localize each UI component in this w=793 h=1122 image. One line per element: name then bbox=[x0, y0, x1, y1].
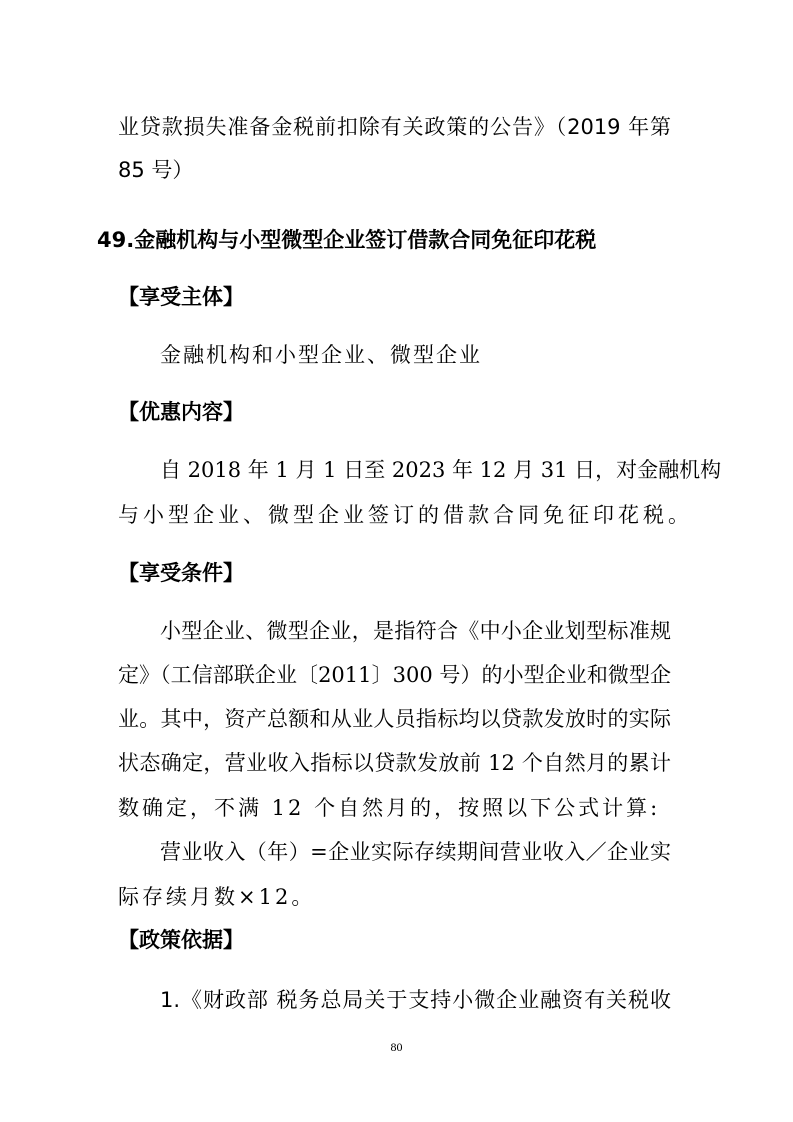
conditions-line-5: 数确定，不满 12 个自然月的，按照以下公式计算: bbox=[118, 793, 671, 823]
section-title-benefit: 【优惠内容】 bbox=[118, 397, 244, 427]
conditions-line-1: 小型企业、微型企业，是指符合《中小企业划型标准规 bbox=[160, 616, 671, 646]
item-heading: 49.金融机构与小型微型企业签订借款合同免征印花税 bbox=[97, 225, 596, 255]
page-number: 80 bbox=[0, 1040, 793, 1055]
formula-line-2: 际存续月数×12。 bbox=[118, 882, 671, 912]
conditions-line-4: 状态确定，营业收入指标以贷款发放前 12 个自然月的累计 bbox=[118, 748, 671, 778]
carryover-line-2: 85 号） bbox=[118, 155, 671, 185]
section-title-conditions: 【享受条件】 bbox=[118, 558, 244, 588]
formula-line-1: 营业收入（年）=企业实际存续期间营业收入／企业实 bbox=[160, 837, 671, 867]
policy-basis-line-1: 1.《财政部 税务总局关于支持小微企业融资有关税收 bbox=[160, 985, 671, 1015]
carryover-line-1: 业贷款损失准备金税前扣除有关政策的公告》（2019 年第 bbox=[118, 112, 671, 142]
benefit-line-1: 自 2018 年 1 月 1 日至 2023 年 12 月 31 日，对金融机构 bbox=[160, 455, 671, 485]
beneficiary-text: 金融机构和小型企业、微型企业 bbox=[160, 340, 671, 370]
section-title-policy-basis: 【政策依据】 bbox=[118, 925, 244, 955]
conditions-line-2: 定》（工信部联企业〔2011〕300 号）的小型企业和微型企 bbox=[118, 660, 671, 690]
benefit-line-2: 与小型企业、微型企业签订的借款合同免征印花税。 bbox=[118, 500, 671, 530]
section-title-beneficiary: 【享受主体】 bbox=[118, 282, 244, 312]
conditions-line-3: 业。其中，资产总额和从业人员指标均以贷款发放时的实际 bbox=[118, 704, 671, 734]
